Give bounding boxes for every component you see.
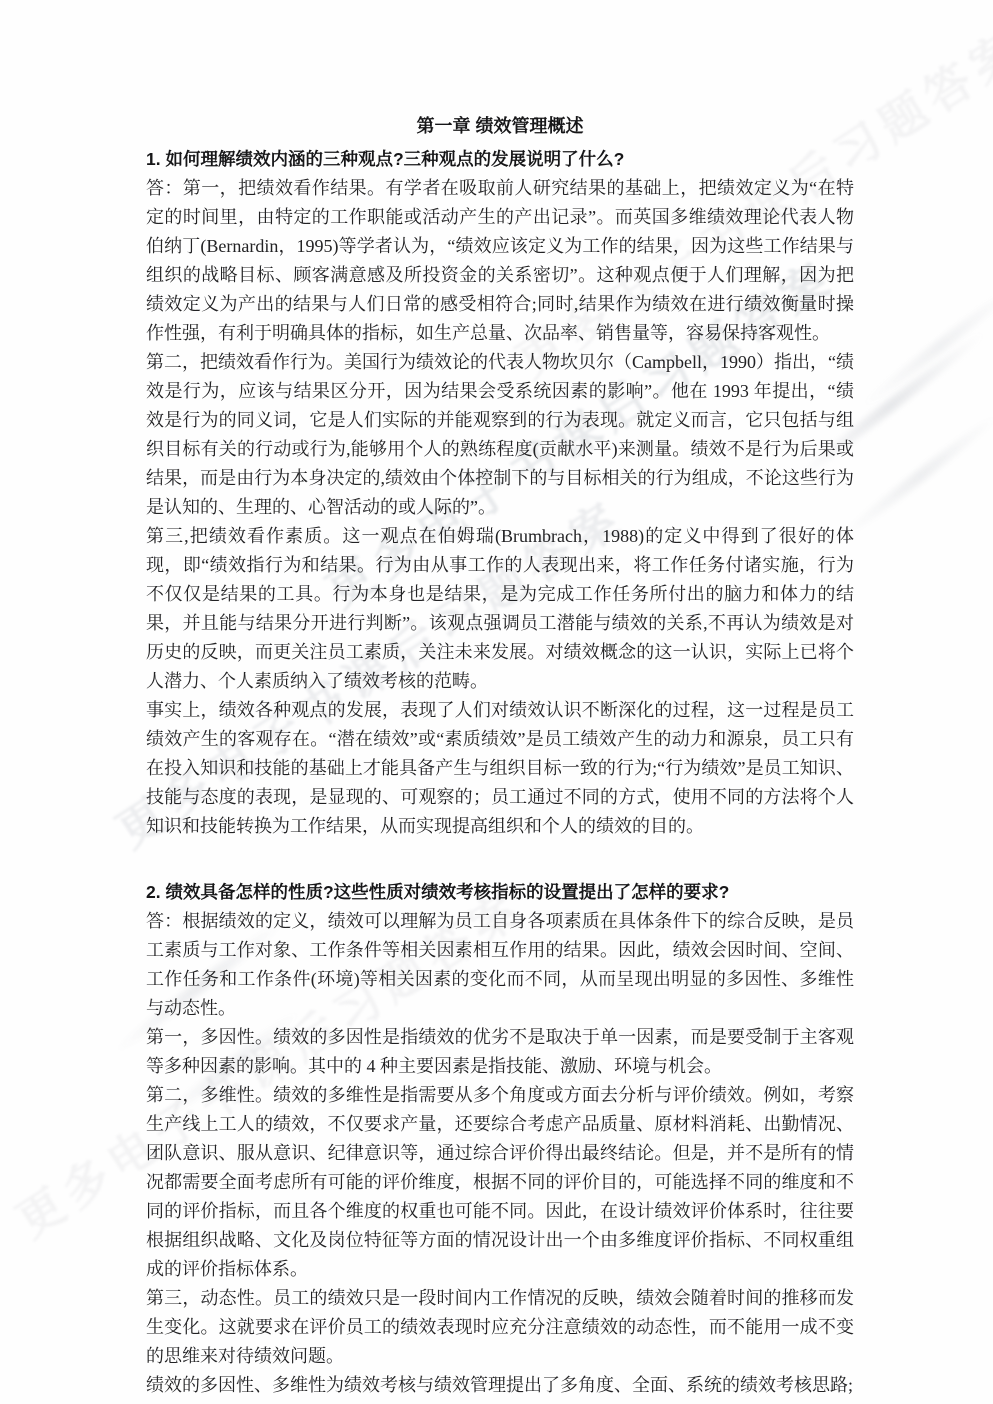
qa-section-1: 1. 如何理解绩效内涵的三种观点?三种观点的发展说明了什么? 答：第一，把绩效看… [146,144,854,841]
answer-2-paragraph-1: 答：根据绩效的定义，绩效可以理解为员工自身各项素质在具体条件下的综合反映，是员工… [146,907,854,1023]
chapter-title: 第一章 绩效管理概述 [146,112,854,140]
document-content: 第一章 绩效管理概述 1. 如何理解绩效内涵的三种观点?三种观点的发展说明了什么… [146,112,854,1400]
answer-2-paragraph-2: 第一，多因性。绩效的多因性是指绩效的优劣不是取决于单一因素，而是要受制于主客观等… [146,1023,854,1081]
question-2-heading: 2. 绩效具备怎样的性质?这些性质对绩效考核指标的设置提出了怎样的要求? [146,877,854,907]
answer-1-paragraph-2: 第二，把绩效看作行为。美国行为绩效论的代表人物坎贝尔（Campbell，1990… [146,348,854,522]
scan-streak [838,410,993,543]
answer-2-paragraph-4: 第三，动态性。员工的绩效只是一段时间内工作情况的反映，绩效会随着时间的推移而发生… [146,1284,854,1371]
question-1-heading: 1. 如何理解绩效内涵的三种观点?三种观点的发展说明了什么? [146,144,854,174]
answer-2: 答：根据绩效的定义，绩效可以理解为员工自身各项素质在具体条件下的综合反映，是员工… [146,907,854,1400]
scan-streak [858,280,993,413]
answer-1: 答：第一，把绩效看作结果。有学者在吸取前人研究结果的基础上，把绩效定义为“在特定… [146,174,854,841]
document-page: 更多电子书课后习题答案 更多电子书课后习题答案 更多电子书课后习题答案 更多电子… [0,0,993,1404]
qa-section-2: 2. 绩效具备怎样的性质?这些性质对绩效考核指标的设置提出了怎样的要求? 答：根… [146,877,854,1400]
answer-2-paragraph-5: 绩效的多因性、多维性为绩效考核与绩效管理提出了多角度、全面、系统的绩效考核思路; [146,1371,854,1400]
answer-1-paragraph-4: 事实上，绩效各种观点的发展，表现了人们对绩效认识不断深化的过程，这一过程是员工绩… [146,696,854,841]
answer-2-paragraph-3: 第二，多维性。绩效的多维性是指需要从多个角度或方面去分析与评价绩效。例如，考察生… [146,1081,854,1284]
answer-1-paragraph-3: 第三,把绩效看作素质。这一观点在伯姆瑞(Brumbrach，1988)的定义中得… [146,522,854,696]
answer-1-paragraph-1: 答：第一，把绩效看作结果。有学者在吸取前人研究结果的基础上，把绩效定义为“在特定… [146,174,854,348]
